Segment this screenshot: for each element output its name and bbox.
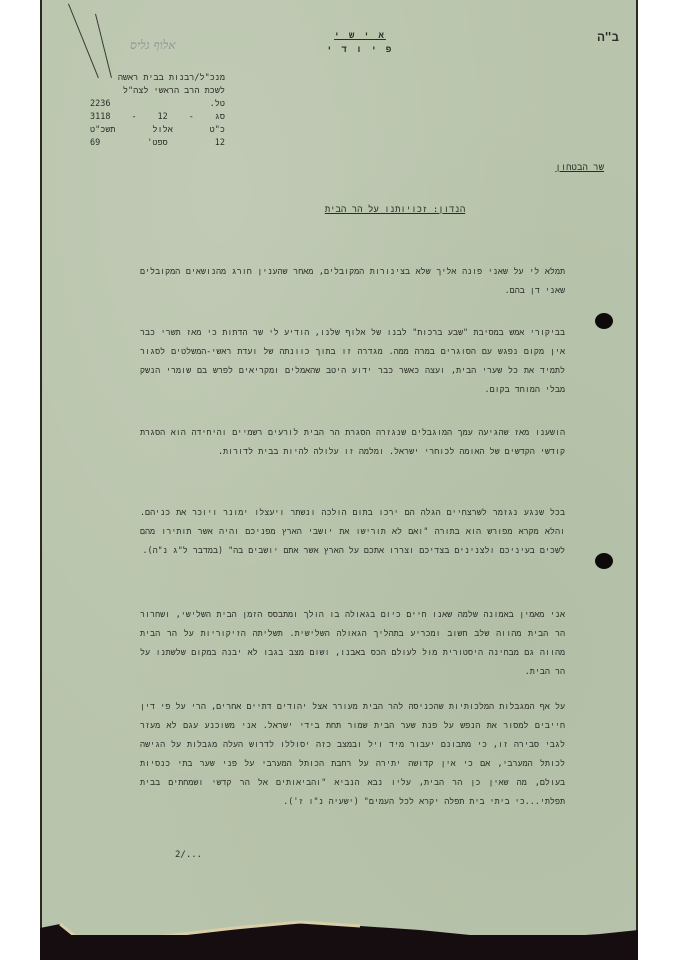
subject-line: הנדון: זכויותנו על הר הבית: [300, 205, 490, 215]
paragraph: אני מאמין באמונה שלמה שאנו חיים כיום בגא…: [140, 605, 565, 681]
paragraph: בביקורי אמש במסיבת "שבע ברכות" לבנו של א…: [140, 323, 565, 399]
date-year: 69: [90, 137, 100, 150]
reference-row: סג - 12 - 3118: [90, 111, 225, 124]
handwritten-note: אלוף גליס: [130, 38, 175, 53]
phone-label: טל.: [210, 98, 225, 111]
hebrew-date-year: תשכ"ט: [90, 124, 116, 137]
date-month: ספט': [147, 137, 167, 150]
paragraph: הושענו מאז שהגיעה עמך המוגבלים שנגזרה הס…: [140, 423, 565, 461]
classification-line-1: א י ש י: [320, 31, 400, 41]
reference-part: -: [131, 111, 136, 124]
reference-part: 3118: [90, 111, 110, 124]
reference-part: 12: [158, 111, 168, 124]
paragraph: תמלא לי על שאני פונה אליך שלא בצינורות ה…: [140, 262, 565, 300]
reference-part: סג: [215, 111, 225, 124]
punch-hole-bottom: [595, 553, 613, 569]
classification-line-2: פ י ו ד י: [320, 45, 400, 55]
addressee: שר הבטחון: [555, 163, 604, 173]
phone-value: 2236: [90, 98, 110, 111]
sender-line-1: מנכ"ל/רבנות בבית ראשה: [90, 72, 225, 85]
scan-background: [40, 935, 638, 960]
hebrew-date-row: כ"ט אלול תשכ"ט: [90, 124, 225, 137]
hebrew-date-day: כ"ט: [210, 124, 225, 137]
phone-row: טל. 2236: [90, 98, 225, 111]
sender-block: מנכ"ל/רבנות בבית ראשה לשכת הרב הראשי לצה…: [90, 72, 225, 150]
punch-hole-top: [595, 313, 613, 329]
continued-marker: 2/...: [175, 850, 202, 860]
paragraph: בכל שנגע נגזמר לשרצחיים הגלה הם ירכו בתו…: [140, 503, 565, 560]
date-row: 12 ספט' 69: [90, 137, 225, 150]
hebrew-date-month: אלול: [152, 124, 172, 137]
reference-part: -: [189, 111, 194, 124]
page-marker: ב"ה: [597, 30, 619, 45]
date-day: 12: [215, 137, 225, 150]
paragraph: על אף המגבלות המלכותיות שהכניסה להר הבית…: [140, 697, 565, 811]
sender-line-2: לשכת הרב הראשי לצה"ל: [90, 85, 225, 98]
